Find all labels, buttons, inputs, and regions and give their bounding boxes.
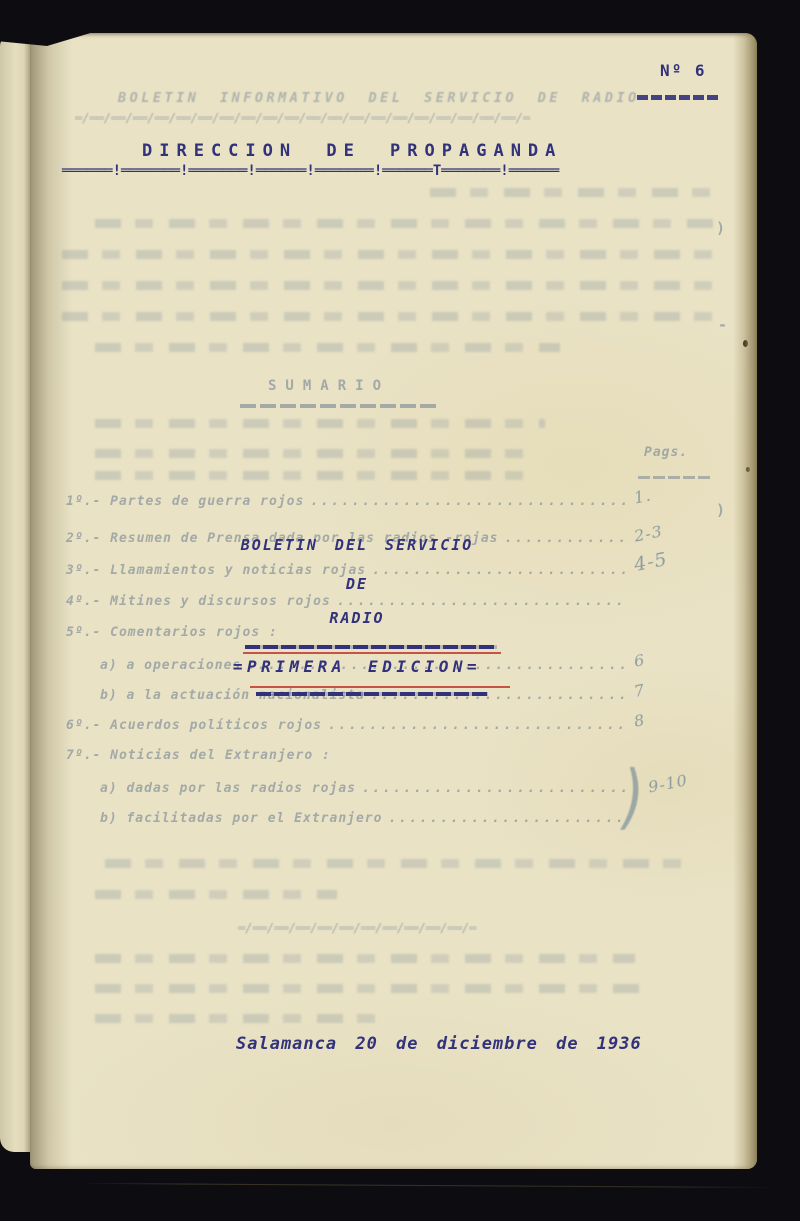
toc-label: 4º.- Mitines y discursos rojos	[66, 594, 331, 609]
page-crease	[80, 1183, 775, 1188]
issue-number: Nº 6	[660, 61, 707, 80]
toc-label: 7º.- Noticias del Extranjero :	[66, 748, 331, 763]
edge-speck	[746, 467, 750, 472]
summary-title: SUMARIO	[268, 378, 390, 394]
bulletin-title-line3: RADIO	[177, 609, 537, 627]
toc-row: 6º.- Acuerdos políticos rojos ..........…	[66, 718, 626, 733]
ghost-masthead-title: BOLETIN INFORMATIVO DEL SERVICIO DE RADI…	[118, 90, 640, 106]
document-page: Nº 6 BOLETIN INFORMATIVO DEL SERVICIO DE…	[30, 33, 757, 1169]
summary-title-rule	[240, 404, 438, 408]
toc-row: 1º.- Partes de guerra rojos ............…	[66, 494, 626, 509]
ghost-paragraph-line	[95, 419, 545, 428]
toc-leader: ........................................…	[337, 594, 626, 609]
toc-leader: ........................................…	[362, 781, 626, 796]
edition-rule-top-blue	[245, 645, 497, 649]
ghost-paragraph-line	[95, 1014, 377, 1023]
toc-page-number: 9-10	[647, 770, 690, 796]
ghost-paragraph-line	[95, 219, 723, 228]
department-title: DIRECCION DE PROPAGANDA	[142, 141, 562, 161]
toc-row: 4º.- Mitines y discursos rojos .........…	[66, 594, 626, 609]
ghost-paragraph-line	[62, 312, 724, 321]
ghost-paragraph-line	[95, 471, 525, 480]
toc-row: a) dadas por las radios rojas ..........…	[100, 781, 626, 796]
ghost-paragraph-line	[95, 954, 635, 963]
edition-rule-bottom-red	[250, 686, 510, 688]
pages-column-label: Pags.	[644, 445, 688, 460]
ghost-paragraph-line	[95, 984, 653, 993]
toc-label: a) dadas por las radios rojas	[100, 781, 356, 796]
ghost-paragraph-line	[62, 250, 724, 259]
bulletin-title-line1: BOLETIN DEL SERVICIO	[177, 536, 537, 554]
toc-page-number: 2-3	[632, 521, 664, 545]
toc-leader: ........................................…	[328, 718, 626, 733]
bulletin-title-line2: DE	[177, 575, 537, 593]
toc-label: 5º.- Comentarios rojos :	[66, 625, 278, 640]
pages-column-rule	[638, 476, 712, 479]
edition-rule-top-red	[243, 652, 501, 654]
toc-page-number: 1.	[632, 486, 653, 508]
toc-page-number: 4-5	[632, 548, 669, 576]
toc-row: 7º.- Noticias del Extranjero :	[66, 748, 626, 763]
ghost-paragraph-line	[62, 281, 714, 290]
ghost-margin-mark: )	[716, 501, 725, 519]
ghost-margin-mark: )	[716, 219, 725, 237]
toc-leader: ........................................…	[310, 494, 626, 509]
toc-row: b) facilitadas por el Extranjero .......…	[100, 811, 626, 826]
dateline: Salamanca 20 de diciembre de 1936	[236, 1034, 642, 1054]
toc-leader: ........................................…	[388, 811, 626, 826]
toc-page-number: 8	[632, 710, 647, 731]
ghost-paragraph-line	[95, 890, 337, 899]
toc-label: 6º.- Acuerdos políticos rojos	[66, 718, 322, 733]
toc-page-number: 7	[632, 680, 647, 701]
issue-number-rule	[637, 95, 719, 100]
edge-speck	[743, 340, 748, 347]
toc-page-number: 6	[632, 650, 647, 671]
ghost-masthead-rule: ═/══/══/══/══/══/══/══/══/══/══/══/══/══…	[75, 111, 530, 125]
ghost-divider-rule: ═/══/══/══/══/══/══/══/══/══/══/═	[238, 921, 476, 935]
edition-rule-bottom-blue	[256, 692, 488, 696]
ghost-paragraph-line	[95, 449, 525, 458]
ghost-paragraph-line	[95, 343, 560, 352]
toc-label: 1º.- Partes de guerra rojos	[66, 494, 304, 509]
toc-label: b) facilitadas por el Extranjero	[100, 811, 382, 826]
previous-page-edge	[0, 36, 34, 1152]
edition-title: =PRIMERA EDICION=	[147, 657, 567, 676]
toc-row: 5º.- Comentarios rojos :	[66, 625, 626, 640]
scanned-document: Nº 6 BOLETIN INFORMATIVO DEL SERVICIO DE…	[0, 0, 800, 1221]
ghost-paragraph-line	[430, 188, 722, 197]
ghost-paragraph-line	[105, 859, 695, 868]
ghost-margin-mark: -	[718, 316, 727, 334]
department-title-rule: ══════!═══════!═══════!══════!═══════!══…	[62, 163, 559, 179]
